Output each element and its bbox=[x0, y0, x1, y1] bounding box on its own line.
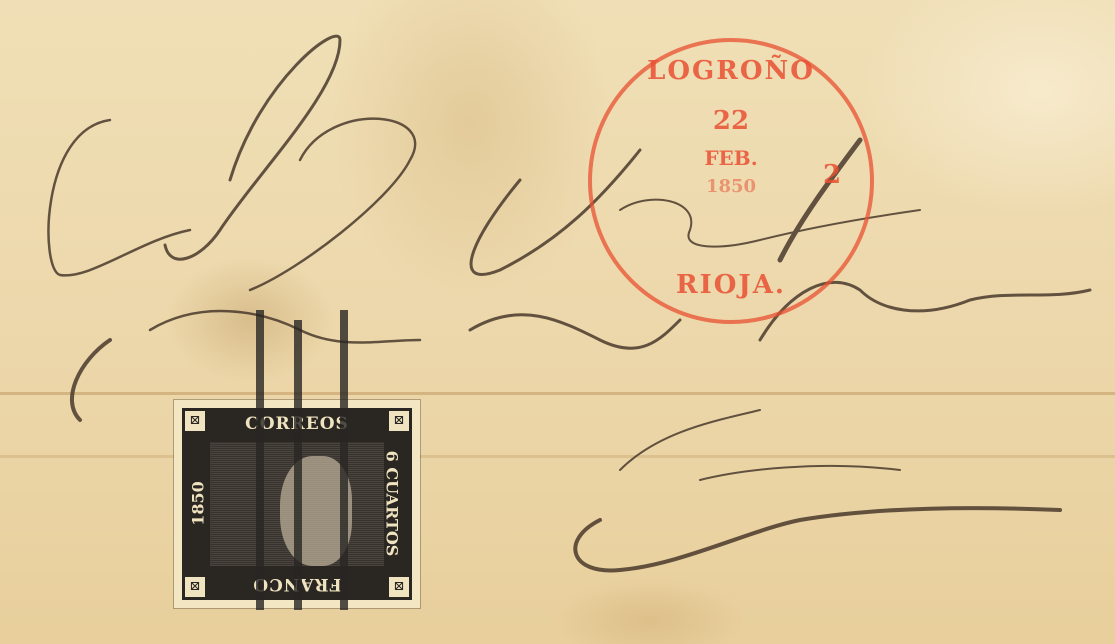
letter-cover: LOGROÑO 22 FEB. 1850 RIOJA. 2 CORREOS FR… bbox=[0, 0, 1115, 644]
postmark: LOGROÑO 22 FEB. 1850 RIOJA. 2 bbox=[588, 38, 874, 324]
corner-ornament-icon: ⊠ bbox=[184, 410, 206, 432]
cancellation-bar bbox=[294, 320, 302, 610]
handwritten-address bbox=[0, 0, 1115, 644]
cancellation-bar bbox=[340, 310, 348, 610]
corner-ornament-icon: ⊠ bbox=[184, 576, 206, 598]
postage-stamp: CORREOS FRANCO 6 CUARTOS 1850 ⊠ ⊠ ⊠ ⊠ bbox=[174, 400, 420, 608]
postmark-region: RIOJA. bbox=[592, 270, 870, 300]
postmark-side-number: 2 bbox=[812, 160, 852, 190]
stamp-value-label: 6 CUARTOS bbox=[383, 434, 402, 574]
corner-ornament-icon: ⊠ bbox=[388, 576, 410, 598]
corner-ornament-icon: ⊠ bbox=[388, 410, 410, 432]
cancellation-bar bbox=[256, 310, 264, 610]
stamp-year-label: 1850 bbox=[189, 444, 208, 564]
postmark-day: 22 bbox=[592, 106, 870, 136]
postmark-town: LOGROÑO bbox=[592, 56, 870, 86]
